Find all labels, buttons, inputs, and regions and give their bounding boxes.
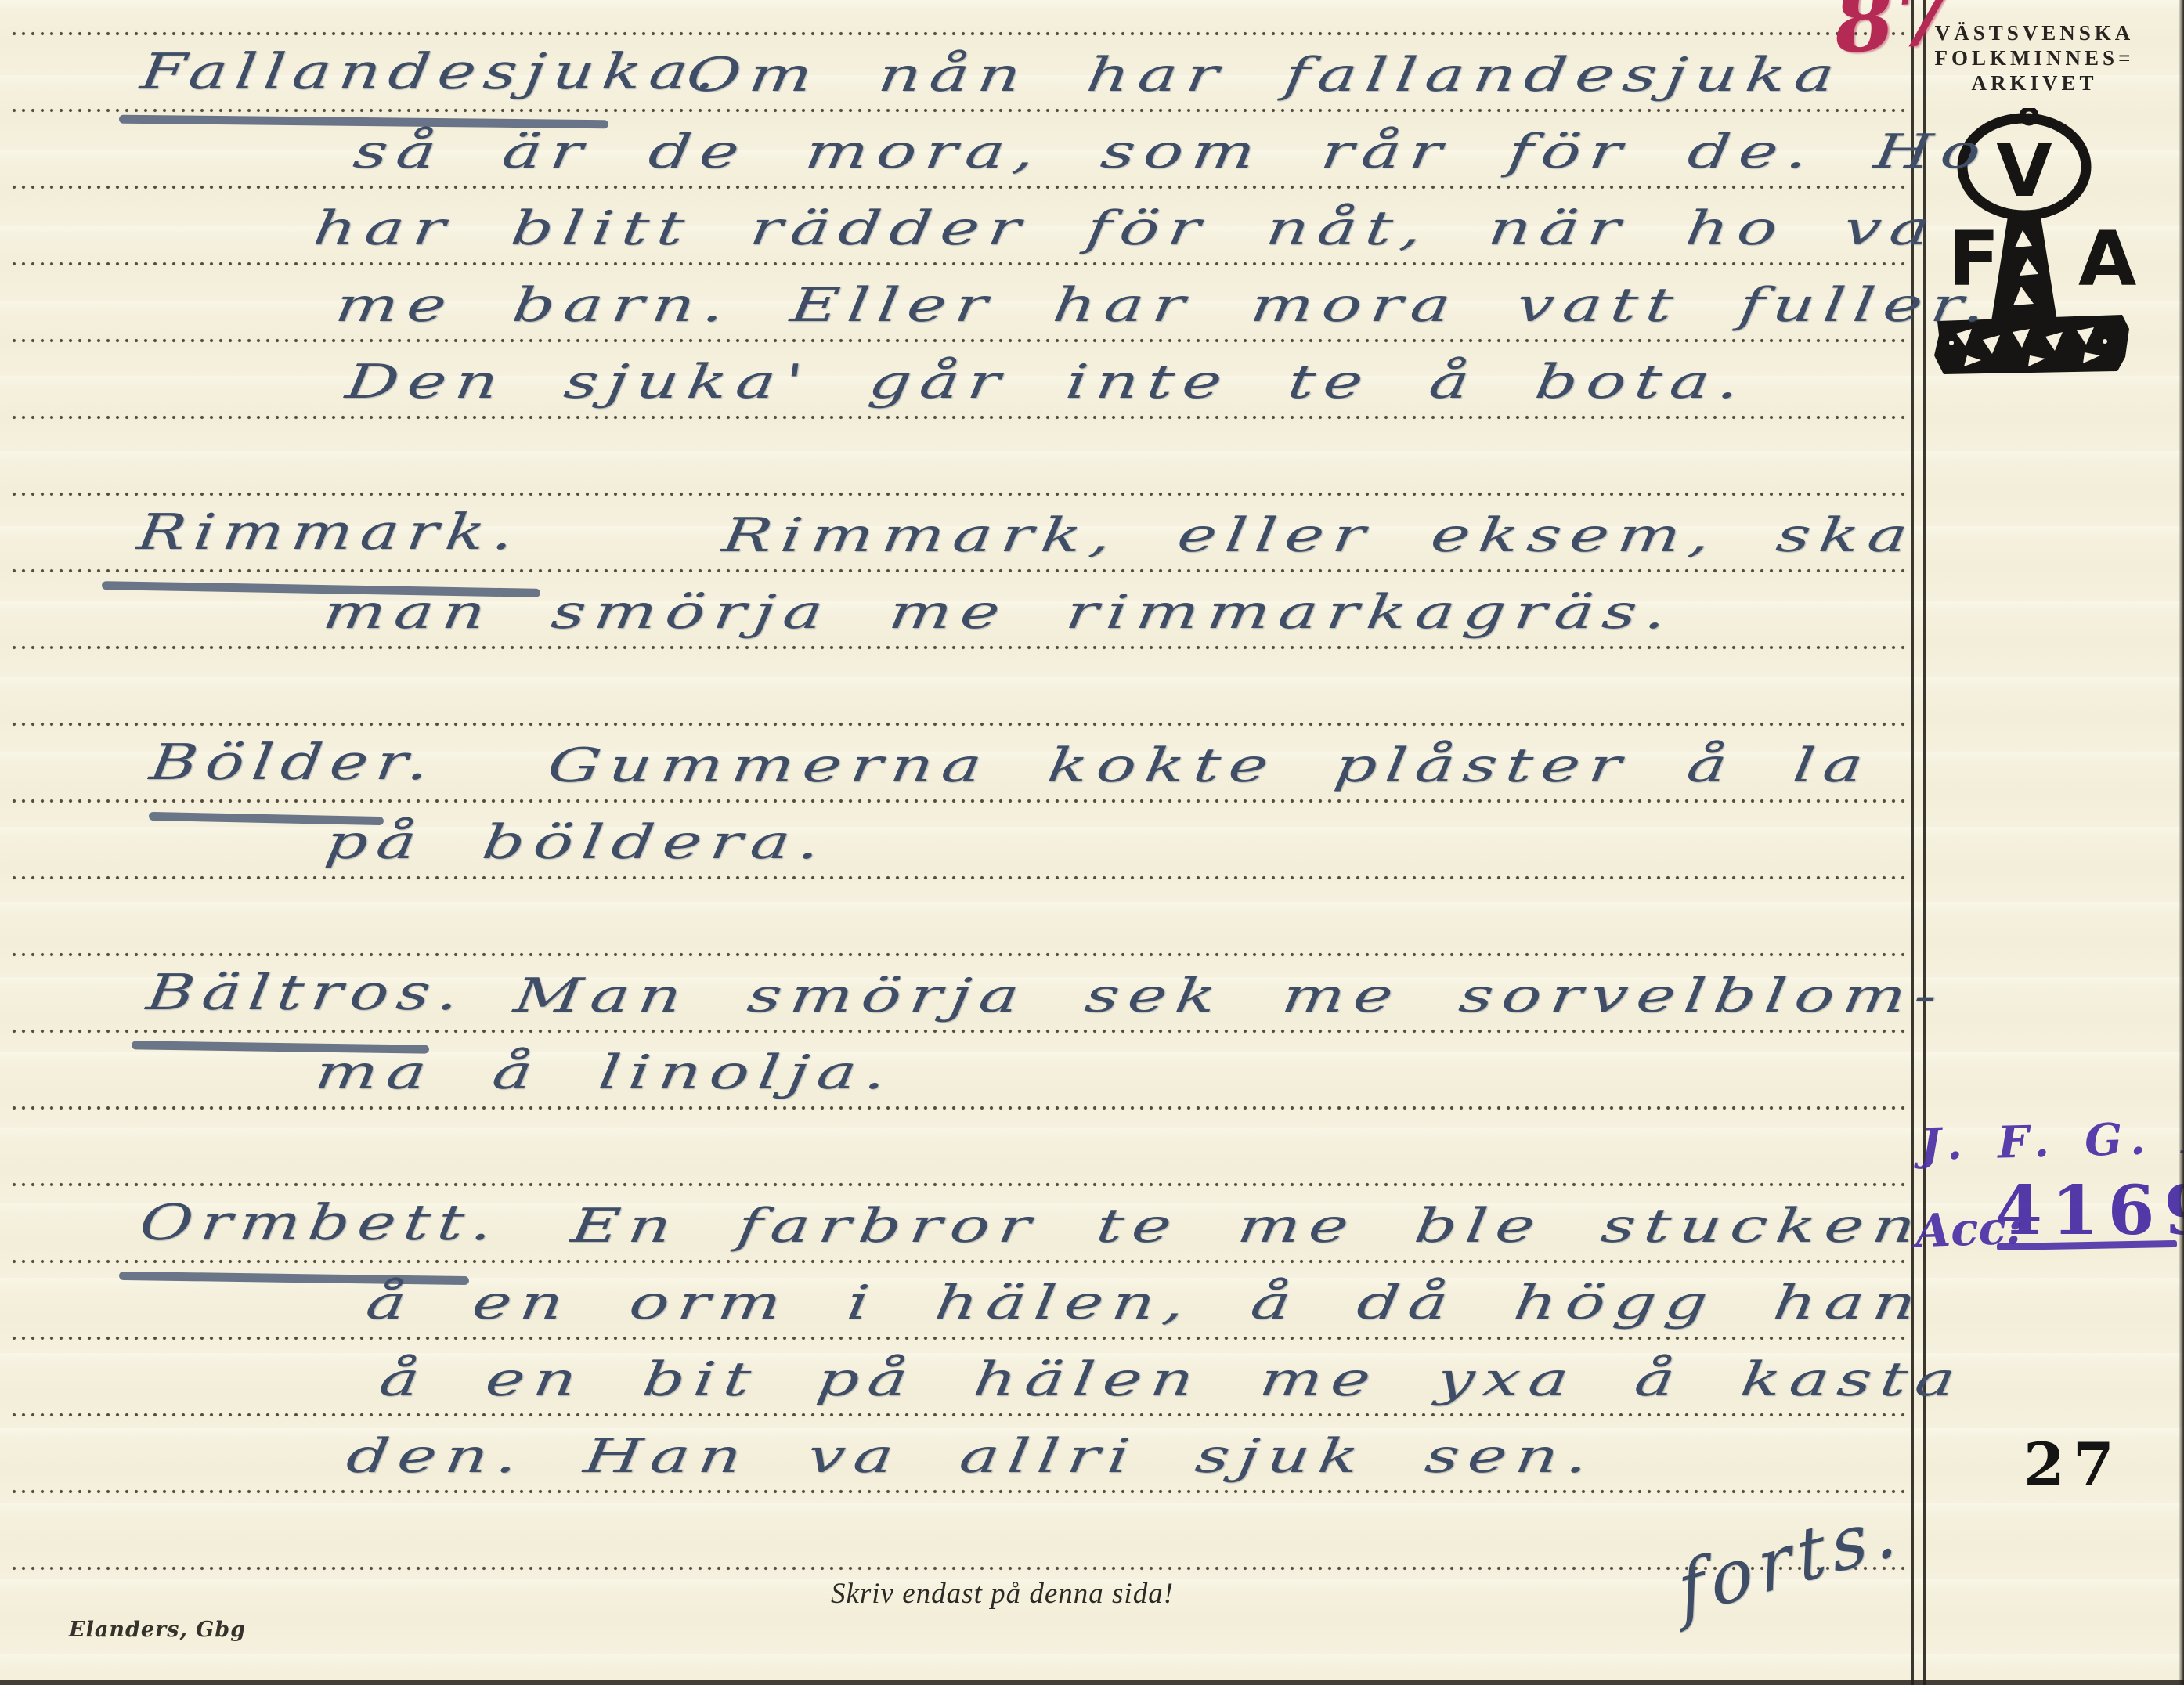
logo-letter-a: A bbox=[2078, 215, 2136, 303]
archive-name-line2: FOLKMINNES= bbox=[1917, 45, 2152, 70]
archive-name-line1: VÄSTSVENSKA bbox=[1917, 20, 2152, 45]
manuscript-line: å en bit på hälen me yxa å kasta bbox=[375, 1346, 1969, 1413]
section-heading-rimmark: Rimmark. bbox=[133, 499, 526, 566]
manuscript-line: på böldera. bbox=[321, 809, 833, 876]
footer-instruction: Skriv endast på denna sida! bbox=[799, 1577, 1206, 1611]
section-heading-bolder: Bölder. bbox=[146, 729, 442, 796]
manuscript-line: Rimmark, eller eksem, ska bbox=[718, 502, 1921, 569]
manuscript-line: me barn. Eller har mora vatt fuller. bbox=[331, 272, 1998, 339]
manuscript-line: har blitt rädder för nåt, när ho va bbox=[309, 195, 1943, 262]
scan-edge-bottom bbox=[0, 1680, 2184, 1685]
manuscript-line: En farbror te me ble stucken bbox=[567, 1192, 1928, 1260]
scan-edge-right bbox=[2179, 0, 2184, 1685]
section-heading-fallandesjuka: Fallandesjuka. bbox=[136, 38, 729, 106]
manuscript-line: Den sjuka' går inte te å bota. bbox=[341, 348, 1753, 416]
logo-letter-v: V bbox=[1996, 129, 2052, 213]
manuscript-line: Om nån har fallandesjuka bbox=[682, 41, 1847, 109]
manuscript-line: ma å linolja. bbox=[311, 1039, 900, 1106]
archive-name-line3: ARKIVET bbox=[1917, 70, 2152, 96]
manuscript-line: man smörja me rimmarkagräs. bbox=[319, 579, 1680, 646]
manuscript-line: Man smörja sek me sorvelblom- bbox=[510, 962, 1950, 1030]
section-heading-ormbett: Ormbett. bbox=[135, 1189, 505, 1257]
stamp-acc-number: 4169 bbox=[1995, 1171, 2184, 1250]
section-heading-baltros: Bältros. bbox=[143, 959, 471, 1027]
manuscript-line: å en orm i hälen, å då högg han bbox=[362, 1269, 1929, 1337]
manuscript-line: så är de mora, som rår för de. Ho bbox=[349, 118, 1994, 186]
manuscript-line: den. Han va allri sjuk sen. bbox=[342, 1423, 1601, 1490]
page-number-stamp: 27 bbox=[2023, 1430, 2122, 1499]
manuscript-line: Gummerna kokte plåster å la bbox=[543, 732, 1876, 799]
scanned-manuscript-page: 87 VÄSTSVENSKA FOLKMINNES= ARKIVET V F A… bbox=[0, 0, 2184, 1685]
printer-mark: Elanders, Gbg bbox=[69, 1618, 246, 1642]
stamp-initials: J. F. G. H bbox=[1919, 1111, 2184, 1171]
archive-name-block: VÄSTSVENSKA FOLKMINNES= ARKIVET bbox=[1917, 20, 2152, 96]
